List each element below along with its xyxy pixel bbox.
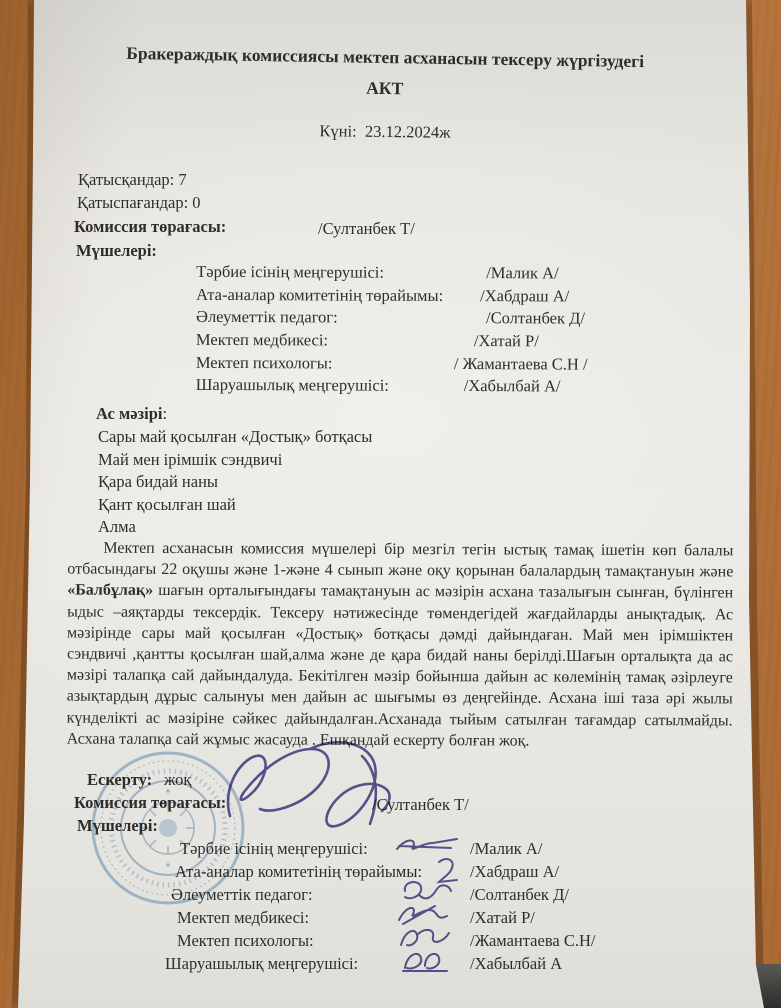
- member-name: /Хабылбай А: [470, 953, 562, 976]
- menu-heading: Ас мәзірі: [96, 404, 163, 423]
- member-role: Шаруашылық меңгерушісі:: [165, 954, 358, 973]
- absent-count: Қатыспағандар: 0: [77, 192, 201, 215]
- member-role: Тәрбие ісінің меңгерушісі:: [196, 261, 468, 285]
- chairman-label: Комиссия төрағасы:: [74, 217, 226, 236]
- member-role: Мектеп психологы:: [196, 352, 468, 376]
- member-role: Әлеуметтік педагог:: [196, 306, 468, 330]
- menu-item: Қара бидай наны: [98, 471, 598, 494]
- body-text-bold: «Балбұлақ»: [67, 582, 153, 599]
- body-paragraph: Мектеп асханасын комиссия мүшелері бір м…: [67, 538, 734, 753]
- member-role: Мектеп медбикесі:: [177, 908, 309, 927]
- member-name: /Хатай Р/: [474, 331, 539, 350]
- member-name: /Малик А/: [486, 263, 559, 282]
- body-text-part1: Мектеп асханасын комиссия мүшелері бір м…: [67, 540, 733, 581]
- member-row: Шаруашылық меңгерушісі:/Хабылбай А/: [196, 374, 716, 399]
- act-heading: АКТ: [85, 72, 685, 103]
- member-name: /Хатай Р/: [470, 907, 535, 930]
- menu-item: Сары май қосылған «Достық» ботқасы: [98, 426, 598, 449]
- member-name: /Солтанбек Д/: [486, 309, 585, 328]
- member-role: Шаруашылық меңгерушісі:: [196, 374, 468, 398]
- member-name: / Жамантаева С.Н /: [454, 354, 588, 374]
- member-row: Тәрбие ісінің меңгерушісі:/Малик А/: [196, 261, 716, 286]
- member-row: Ата-аналар комитетінің төрайымы:/Хабдраш…: [196, 284, 716, 309]
- member-name: /Жамантаева С.Н/: [470, 930, 595, 953]
- chairman-signature: [212, 736, 407, 844]
- member-name: /Хабдраш А/: [480, 286, 569, 305]
- date-line: Күні: 23.12.2024ж: [85, 117, 685, 147]
- member-signature: [391, 946, 466, 976]
- members-list: Тәрбие ісінің меңгерушісі:/Малик А/ Ата-…: [196, 261, 717, 399]
- paper-sheet: Бракераждық комиссиясы мектеп асханасын …: [0, 0, 781, 1008]
- body-text-part2: шағын орталығындағы тамақтануын ас мәзір…: [67, 582, 734, 749]
- menu-item: Қант қосылған шай: [98, 494, 598, 517]
- menu-list: Сары май қосылған «Достық» ботқасы Май м…: [98, 426, 598, 539]
- member-name: /Хабдраш А/: [470, 861, 559, 884]
- signing-member-row: Шаруашылық меңгерушісі: /Хабылбай А: [163, 953, 703, 976]
- member-role: Мектеп психологы:: [177, 931, 314, 950]
- document-photo: Бракераждық комиссиясы мектеп асханасын …: [0, 0, 781, 1008]
- chairman-row: Комиссия төрағасы: /Султанбек Т/: [74, 216, 634, 239]
- member-row: Мектеп психологы:/ Жамантаева С.Н /: [196, 352, 716, 377]
- chairman-name: /Султанбек Т/: [318, 218, 415, 241]
- member-row: Мектеп медбикесі:/Хатай Р/: [196, 329, 716, 354]
- menu-heading-colon: :: [163, 404, 168, 423]
- member-role: Мектеп медбикесі:: [196, 329, 468, 353]
- member-name: /Малик А/: [470, 838, 542, 861]
- member-role: Ата-аналар комитетінің төрайымы:: [196, 284, 468, 308]
- menu-item: Алма: [98, 516, 598, 539]
- attended-count: Қатысқандар: 7: [78, 169, 187, 192]
- members-heading: Мүшелері:: [76, 240, 157, 263]
- document-title: Бракераждық комиссиясы мектеп асханасын …: [85, 41, 685, 72]
- member-name: /Солтанбек Д/: [470, 884, 569, 907]
- member-name: /Хабылбай А/: [464, 376, 561, 395]
- menu-item: Май мен ірімшік сэндвичі: [98, 449, 598, 472]
- member-row: Әлеуметтік педагог:/Солтанбек Д/: [196, 306, 716, 331]
- menu-heading-row: Ас мәзірі:: [96, 403, 167, 426]
- document-title-block: Бракераждық комиссиясы мектеп асханасын …: [85, 41, 686, 103]
